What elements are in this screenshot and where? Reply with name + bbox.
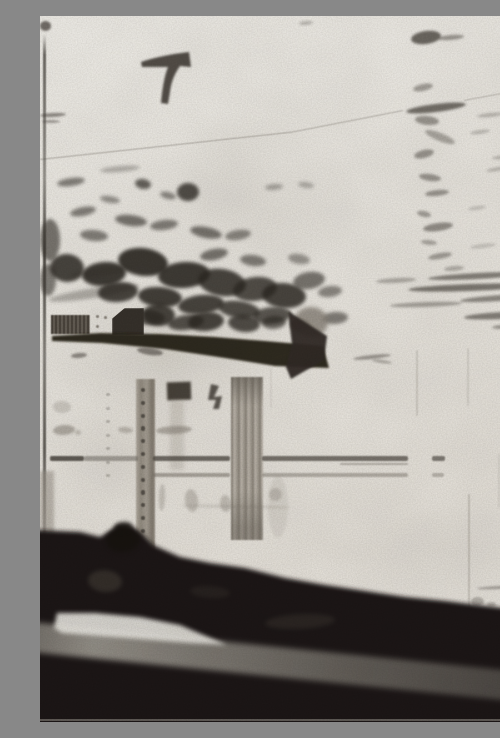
- film-grain-overlay: [40, 16, 500, 722]
- photograph: [40, 16, 500, 722]
